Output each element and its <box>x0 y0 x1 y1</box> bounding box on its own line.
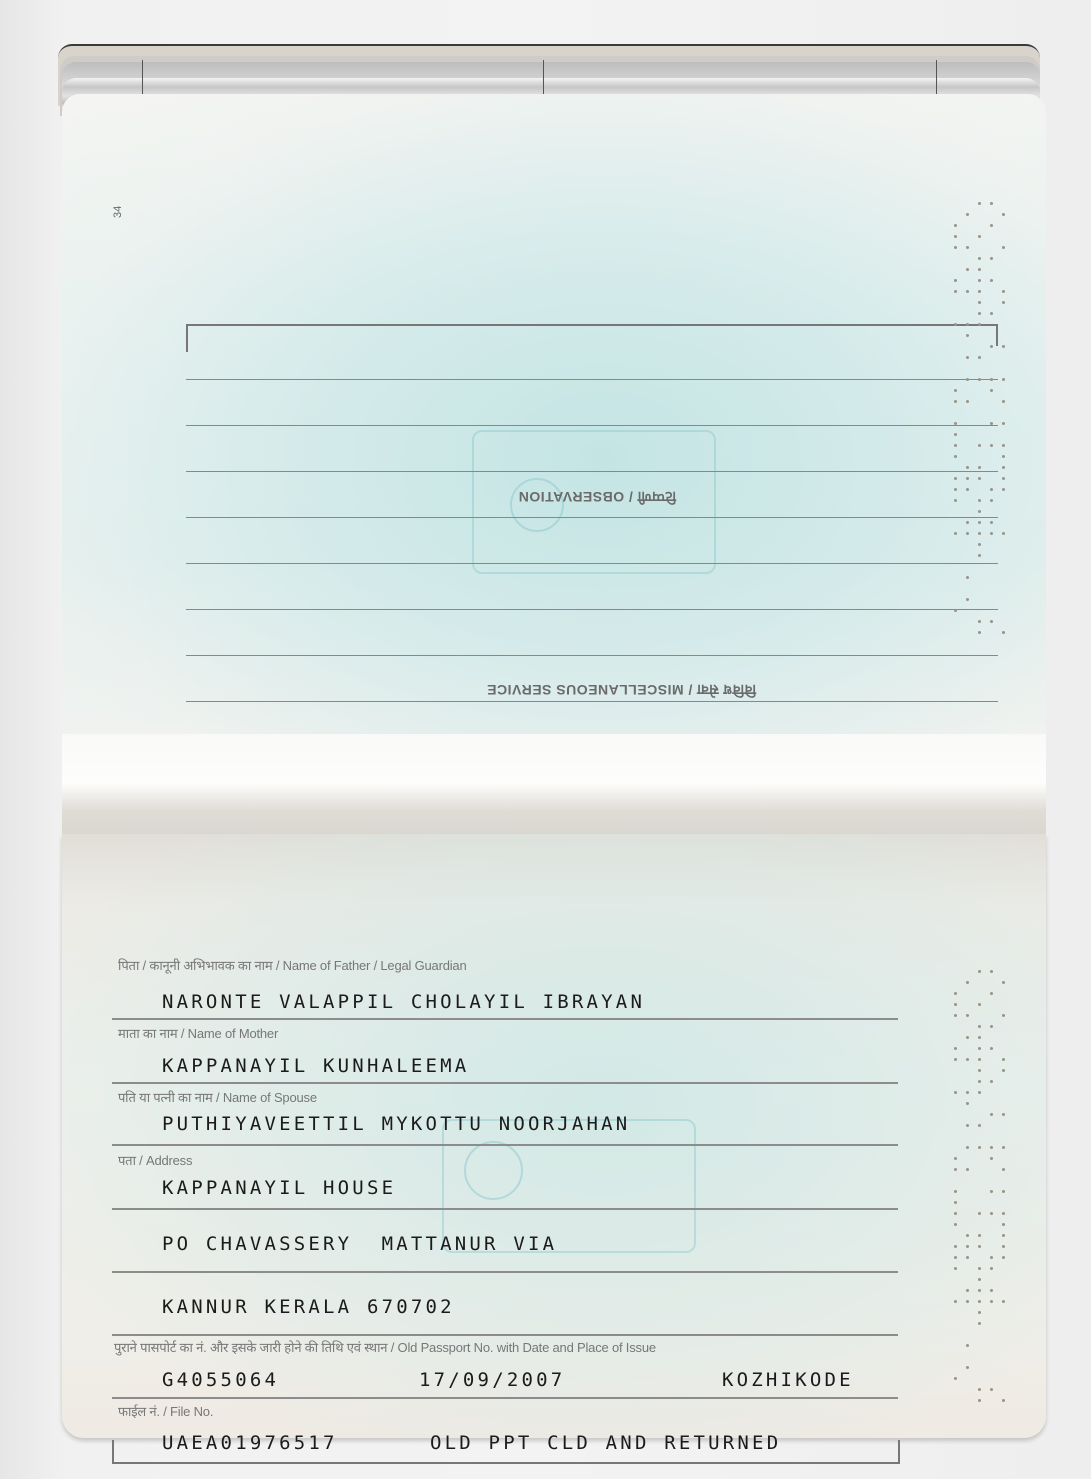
perforation-dot <box>954 1212 957 1215</box>
perforation-dot <box>954 1091 957 1094</box>
perforation-dot <box>966 532 969 535</box>
address-line-2: PO CHAVASSERY MATTANUR VIA <box>162 1233 557 1255</box>
perforation-dot <box>1002 477 1005 480</box>
frame-right-tick <box>186 324 188 352</box>
old-passport-number: G4055064 <box>162 1369 279 1391</box>
perforation-dot <box>954 224 957 227</box>
perforation-dot <box>978 378 981 381</box>
perforation-dot <box>954 455 957 458</box>
perforation-dot <box>978 279 981 282</box>
perforation-dot <box>978 257 981 260</box>
perforation-dot <box>966 1245 969 1248</box>
perforation-dot <box>978 202 981 205</box>
misc-service-title: विविध सेवा / MISCELLANEOUS SERVICE <box>487 680 756 699</box>
perforation-dot <box>990 1256 993 1259</box>
perforation-dot <box>978 1399 981 1402</box>
perforation-dot <box>954 1245 957 1248</box>
perforation-dot <box>990 1157 993 1160</box>
old-passport-place: KOZHIKODE <box>722 1369 854 1391</box>
perforation-dot <box>990 1113 993 1116</box>
perforation-dot <box>978 1300 981 1303</box>
perforation-dot <box>1002 1223 1005 1226</box>
perforation-dot <box>978 1322 981 1325</box>
perforation-dot <box>954 499 957 502</box>
frame-left-tick <box>112 1440 114 1464</box>
perforation-dot <box>966 334 969 337</box>
perforation-dot <box>966 213 969 216</box>
perforation-dot <box>1002 1256 1005 1259</box>
perforation-dot <box>978 312 981 315</box>
old-passport-date: 17/09/2007 <box>419 1369 565 1391</box>
perforation-dot <box>978 268 981 271</box>
field-rule <box>112 1334 898 1336</box>
perforation-dot <box>978 1388 981 1391</box>
perforation-dot <box>966 246 969 249</box>
perforation-dot <box>978 1245 981 1248</box>
father-name-label: पिता / कानूनी अभिभावक का नाम / Name of F… <box>118 956 467 974</box>
perforation-dot <box>1002 1168 1005 1171</box>
perforation-dot <box>1002 378 1005 381</box>
perforation-dot <box>966 378 969 381</box>
frame-bottom-rule <box>186 324 998 326</box>
perforation-dot <box>1002 532 1005 535</box>
ruled-line <box>186 701 998 702</box>
perforation-dot <box>1002 1245 1005 1248</box>
old-passport-label: पुराने पासपोर्ट का नं. और इसके जारी होने… <box>114 1338 656 1356</box>
perforation-dot <box>1002 1234 1005 1237</box>
field-rule <box>112 1082 898 1084</box>
observation-page-content: विविध सेवा / MISCELLANEOUS SERVICE टिप्प… <box>62 94 1046 754</box>
perforation-dot <box>966 576 969 579</box>
perforation-dot <box>978 290 981 293</box>
perforation-dot <box>1002 1212 1005 1215</box>
perforation-dot <box>954 279 957 282</box>
perforation-dot <box>978 620 981 623</box>
perforation-dot <box>978 499 981 502</box>
perforation-dot <box>990 1289 993 1292</box>
perforation-dot <box>954 609 957 612</box>
perforation-dot <box>990 1190 993 1193</box>
perforation-dot <box>966 1234 969 1237</box>
perforation-dot <box>978 554 981 557</box>
perforation-dot <box>990 444 993 447</box>
perforation-dot <box>966 1168 969 1171</box>
perforation-dot <box>954 1047 957 1050</box>
frame-right-tick <box>898 1440 900 1464</box>
perforation-dot <box>978 1267 981 1270</box>
perforation-dot <box>990 1267 993 1270</box>
perforation-dot <box>966 521 969 524</box>
field-rule <box>112 1144 898 1146</box>
perforation-dot <box>990 1025 993 1028</box>
perforation-dot <box>978 1003 981 1006</box>
perforation-dot <box>990 970 993 973</box>
perforation-dot <box>966 1256 969 1259</box>
perforation-dot <box>1002 1190 1005 1193</box>
perforation-dot <box>1002 1058 1005 1061</box>
perforation-dot <box>966 1366 969 1369</box>
perforation-dot <box>1002 301 1005 304</box>
perforation-dot <box>990 499 993 502</box>
perforation-dot <box>966 356 969 359</box>
frame-left-tick <box>996 324 998 346</box>
field-rule <box>112 1018 898 1020</box>
perforation-dot <box>990 488 993 491</box>
perforation-dot <box>978 1091 981 1094</box>
frame-bottom-rule <box>112 1462 900 1464</box>
address-label: पता / Address <box>118 1151 192 1169</box>
perforation-dot <box>978 323 981 326</box>
perforation-dot <box>1002 290 1005 293</box>
perforation-dot <box>966 400 969 403</box>
perforation-dot <box>966 1091 969 1094</box>
perforation-dot <box>990 620 993 623</box>
ruled-line <box>186 655 998 656</box>
perforation-dot <box>990 1146 993 1149</box>
perforation-dot <box>990 224 993 227</box>
perforation-dot <box>990 345 993 348</box>
perforation-dot <box>978 301 981 304</box>
perforation-dot <box>990 422 993 425</box>
perforation-dot <box>978 444 981 447</box>
ruled-line <box>186 425 998 426</box>
perforation-dot <box>954 422 957 425</box>
perforation-dot <box>990 1300 993 1303</box>
perforation-dot <box>990 202 993 205</box>
perforation-dot <box>966 477 969 480</box>
perforation-dot <box>954 1190 957 1193</box>
mother-name-label: माता का नाम / Name of Mother <box>118 1024 278 1042</box>
address-line-3: KANNUR KERALA 670702 <box>162 1296 455 1318</box>
perforation-dot <box>1002 246 1005 249</box>
perforation-dot <box>1002 422 1005 425</box>
perforation-dot <box>978 1311 981 1314</box>
perforation-dot <box>990 378 993 381</box>
perforation-dot <box>978 1069 981 1072</box>
perforation-dot <box>966 466 969 469</box>
perforation-dot <box>978 532 981 535</box>
perforation-dot <box>966 290 969 293</box>
perforation-dot <box>978 1025 981 1028</box>
perforation-dot <box>978 477 981 480</box>
perforation-dot <box>966 981 969 984</box>
perforation-dot <box>978 1278 981 1281</box>
perforation-dot <box>954 235 957 238</box>
perforation-dot <box>954 1300 957 1303</box>
perforation-dot <box>966 1344 969 1347</box>
perforation-dot <box>978 1146 981 1149</box>
file-number-label: फाईल नं. / File No. <box>118 1402 213 1420</box>
perforation-dot <box>990 389 993 392</box>
perforation-dot <box>954 1157 957 1160</box>
perforation-dot <box>966 598 969 601</box>
perforation-dot <box>1002 1113 1005 1116</box>
perforation-dot <box>978 1289 981 1292</box>
perforation-dot <box>966 268 969 271</box>
observation-title: टिप्पणी / OBSERVATION <box>518 487 676 506</box>
perforation-dot <box>978 1058 981 1061</box>
spouse-name-label: पति या पत्नी का नाम / Name of Spouse <box>118 1088 317 1106</box>
perforation-dot <box>978 1036 981 1039</box>
perforation-dot <box>1002 981 1005 984</box>
perforation-dot <box>954 1223 957 1226</box>
perforation-dot <box>954 1003 957 1006</box>
perforation-dot <box>1002 1014 1005 1017</box>
perforation-dot <box>1002 631 1005 634</box>
perforation-dot <box>990 312 993 315</box>
perforation-dot <box>978 543 981 546</box>
perforation-dot <box>954 1201 957 1204</box>
perforation-dot <box>1002 1069 1005 1072</box>
perforation-dot <box>966 1036 969 1039</box>
perforation-dot <box>990 1047 993 1050</box>
father-name-value: NARONTE VALAPPIL CHOLAYIL IBRAYAN <box>162 991 645 1013</box>
perforation-dot <box>978 970 981 973</box>
perforation-dot <box>990 1080 993 1083</box>
ruled-line <box>186 379 998 380</box>
perforation-dot <box>966 1146 969 1149</box>
perforation-dot <box>954 488 957 491</box>
perforation-dot <box>966 488 969 491</box>
perforation-dot <box>990 1212 993 1215</box>
perforation-dot <box>1002 1300 1005 1303</box>
perforation-dot <box>978 1124 981 1127</box>
perforation-dot <box>1002 400 1005 403</box>
perforation-dot <box>1002 466 1005 469</box>
perforation-dot <box>990 279 993 282</box>
perforation-dot <box>954 992 957 995</box>
ruled-line <box>186 609 998 610</box>
perforation-dot <box>966 1058 969 1061</box>
perforation-dot <box>990 1388 993 1391</box>
perforation-dot <box>978 1047 981 1050</box>
perforation-dot <box>966 323 969 326</box>
perforation-dot <box>966 1289 969 1292</box>
perforation-dot <box>966 1102 969 1105</box>
perforation-dot <box>978 510 981 513</box>
perforation-dot <box>1002 488 1005 491</box>
perforation-dot <box>954 433 957 436</box>
field-rule <box>112 1208 898 1210</box>
ruled-line <box>186 517 998 518</box>
perforation-dot <box>990 521 993 524</box>
perforation-dot <box>990 992 993 995</box>
perforation-dot <box>990 532 993 535</box>
address-line-1: KAPPANAYIL HOUSE <box>162 1177 396 1199</box>
observation-page: विविध सेवा / MISCELLANEOUS SERVICE टिप्प… <box>62 94 1046 754</box>
perforation-dot <box>978 631 981 634</box>
perforation-dot <box>954 1058 957 1061</box>
file-remark: OLD PPT CLD AND RETURNED <box>430 1432 781 1454</box>
perforation-dot <box>954 1168 957 1171</box>
field-rule <box>112 1397 898 1399</box>
mother-name-value: KAPPANAYIL KUNHALEEMA <box>162 1055 469 1077</box>
ruled-line <box>186 563 998 564</box>
perforation-dot <box>978 1080 981 1083</box>
perforation-dot <box>1002 1146 1005 1149</box>
perforation-dot <box>966 1300 969 1303</box>
perforation-dot <box>954 1377 957 1380</box>
perforation-dot <box>954 1267 957 1270</box>
perforation-dot <box>954 477 957 480</box>
perforation-dot <box>978 466 981 469</box>
perforation-dot <box>954 290 957 293</box>
file-number-value: UAEA01976517 <box>162 1432 338 1454</box>
perforation-dot <box>954 1014 957 1017</box>
ruled-line <box>186 471 998 472</box>
perforation-dot <box>954 246 957 249</box>
personal-particulars-page: पिता / कानूनी अभिभावक का नाम / Name of F… <box>62 834 1046 1438</box>
perforation-dot <box>966 1124 969 1127</box>
perforation-dot <box>1002 455 1005 458</box>
ashoka-chakra-icon <box>464 1141 523 1200</box>
perforation-dot <box>1002 213 1005 216</box>
perforation-dot <box>954 389 957 392</box>
perforation-dot <box>978 1234 981 1237</box>
perforation-dot <box>954 1256 957 1259</box>
perforation-dot <box>954 400 957 403</box>
perforation-dot <box>954 323 957 326</box>
spouse-name-value: PUTHIYAVEETTIL MYKOTTU NOORJAHAN <box>162 1113 630 1135</box>
perforation-dot <box>966 1014 969 1017</box>
perforation-dot <box>978 1212 981 1215</box>
passport-spread: विविध सेवा / MISCELLANEOUS SERVICE टिप्प… <box>62 94 1046 1438</box>
perforation-dot <box>978 521 981 524</box>
perforation-dot <box>954 444 957 447</box>
perforation-dot <box>954 532 957 535</box>
perforation-dot <box>978 356 981 359</box>
perforation-dot <box>978 235 981 238</box>
perforation-dot <box>1002 345 1005 348</box>
perforation-dot <box>1002 1399 1005 1402</box>
perforation-dot <box>1002 444 1005 447</box>
perforation-dot <box>990 257 993 260</box>
field-rule <box>112 1271 898 1273</box>
